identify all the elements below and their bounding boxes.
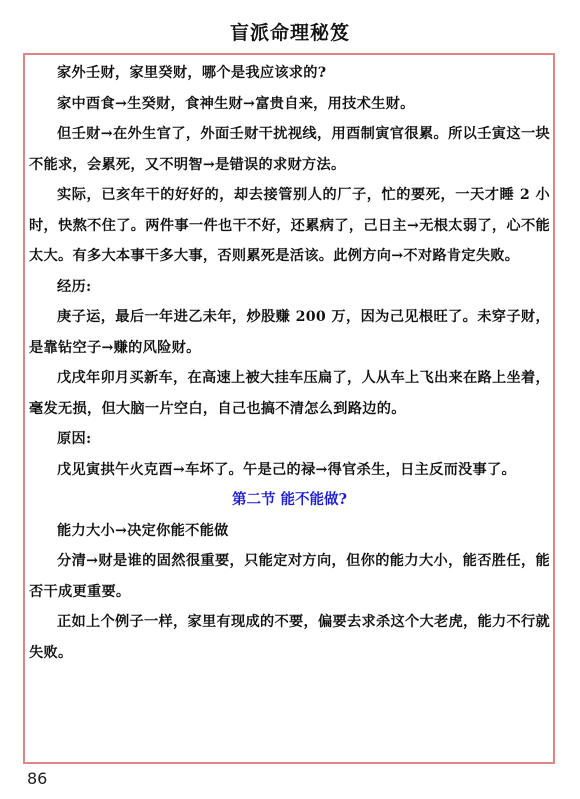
paragraph: 但壬财→在外生官了，外面壬财干扰视线，用酉制寅官很累。所以壬寅这一块不能求，会累…: [29, 119, 550, 180]
paragraph: 家中酉食→生癸财，食神生财→富贵自来，用技术生财。: [29, 89, 550, 120]
paragraph: 戊戌年卯月买新车，在高速上被大挂车压扁了，人从车上飞出来在路上坐着，毫发无损，但…: [29, 363, 550, 424]
content-frame: 家外壬财，家里癸财，哪个是我应该求的? 家中酉食→生癸财，食神生财→富贵自来，用…: [23, 53, 555, 764]
paragraph: 能力大小→决定你能不能做: [29, 516, 550, 547]
paragraph: 庚子运，最后一年进乙未年，炒股赚 200 万，因为己见根旺了。未穿子财，是靠钻空…: [29, 302, 550, 363]
section-heading: 第二节 能不能做?: [29, 485, 550, 516]
paragraph-label: 原因:: [29, 424, 550, 455]
content-body: 家外壬财，家里癸财，哪个是我应该求的? 家中酉食→生癸财，食神生财→富贵自来，用…: [29, 58, 550, 668]
page-number: 86: [27, 769, 47, 788]
paragraph: 戊见寅拱午火克酉→车坏了。午是己的禄→得官杀生，日主反而没事了。: [29, 455, 550, 486]
document-title: 盲派命理秘笈: [0, 18, 580, 45]
paragraph-label: 经历:: [29, 272, 550, 303]
paragraph: 分清→财是谁的固然很重要，只能定对方向，但你的能力大小，能否胜任，能否干成更重要…: [29, 546, 550, 607]
paragraph: 正如上个例子一样，家里有现成的不要，偏要去求杀这个大老虎，能力不行就失败。: [29, 607, 550, 668]
paragraph: 实际，已亥年干的好好的，却去接管别人的厂子，忙的要死，一天才睡 2 小时，快熬不…: [29, 180, 550, 272]
paragraph: 家外壬财，家里癸财，哪个是我应该求的?: [29, 58, 550, 89]
